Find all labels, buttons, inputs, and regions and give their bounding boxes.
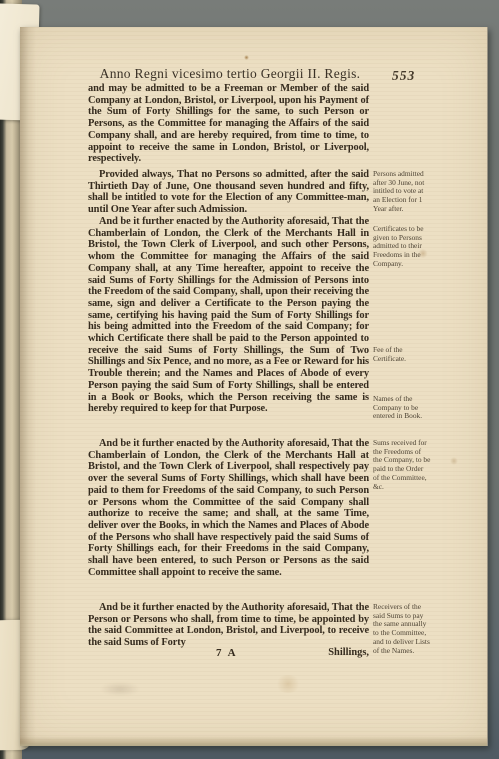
gutter-shadow xyxy=(20,27,36,746)
margin-note-receivers: Receivers of the said Sums to pay the sa… xyxy=(373,603,431,655)
paper-stain xyxy=(275,675,301,693)
page-header: Anno Regni vicesimo tertio Georgii II. R… xyxy=(70,65,390,83)
paragraph-continuation: and may be admitted to be a Freeman or M… xyxy=(88,83,369,165)
paragraph-certificates-clause: And be it further enacted by the Authori… xyxy=(88,216,369,415)
gathering-signature: 7 A xyxy=(216,647,238,659)
margin-note-fee: Fee of the Certificate. xyxy=(373,346,431,363)
footer-line: 7 A Shillings, xyxy=(88,647,369,660)
paragraph-payment-clause: And be it further enacted by the Authori… xyxy=(88,438,369,578)
page-number: 553 xyxy=(392,68,415,84)
paper-stain xyxy=(450,457,458,465)
running-title: Anno Regni vicesimo tertio Georgii II. R… xyxy=(100,66,361,81)
scanned-book-photo: { "colors": { "background_gray": "#6d737… xyxy=(0,0,499,759)
paragraph-receivers-clause: And be it further enacted by the Authori… xyxy=(88,602,369,649)
book-page: Anno Regni vicesimo tertio Georgii II. R… xyxy=(20,27,488,746)
paper-stain xyxy=(244,55,249,60)
margin-note-sums-received: Sums received for the Freedoms of the Co… xyxy=(373,439,431,491)
paragraph-proviso: Provided always, That no Persons so admi… xyxy=(88,169,369,216)
ink-show-through xyxy=(100,682,140,696)
margin-note-certificates: Certificates to be given to Persons admi… xyxy=(373,225,431,269)
catchword: Shillings, xyxy=(328,647,369,658)
margin-note-names-book: Names of the Company to be entered in Bo… xyxy=(373,395,431,421)
margin-note-voting-restriction: Persons admitted after 30 June, not inti… xyxy=(373,170,431,214)
